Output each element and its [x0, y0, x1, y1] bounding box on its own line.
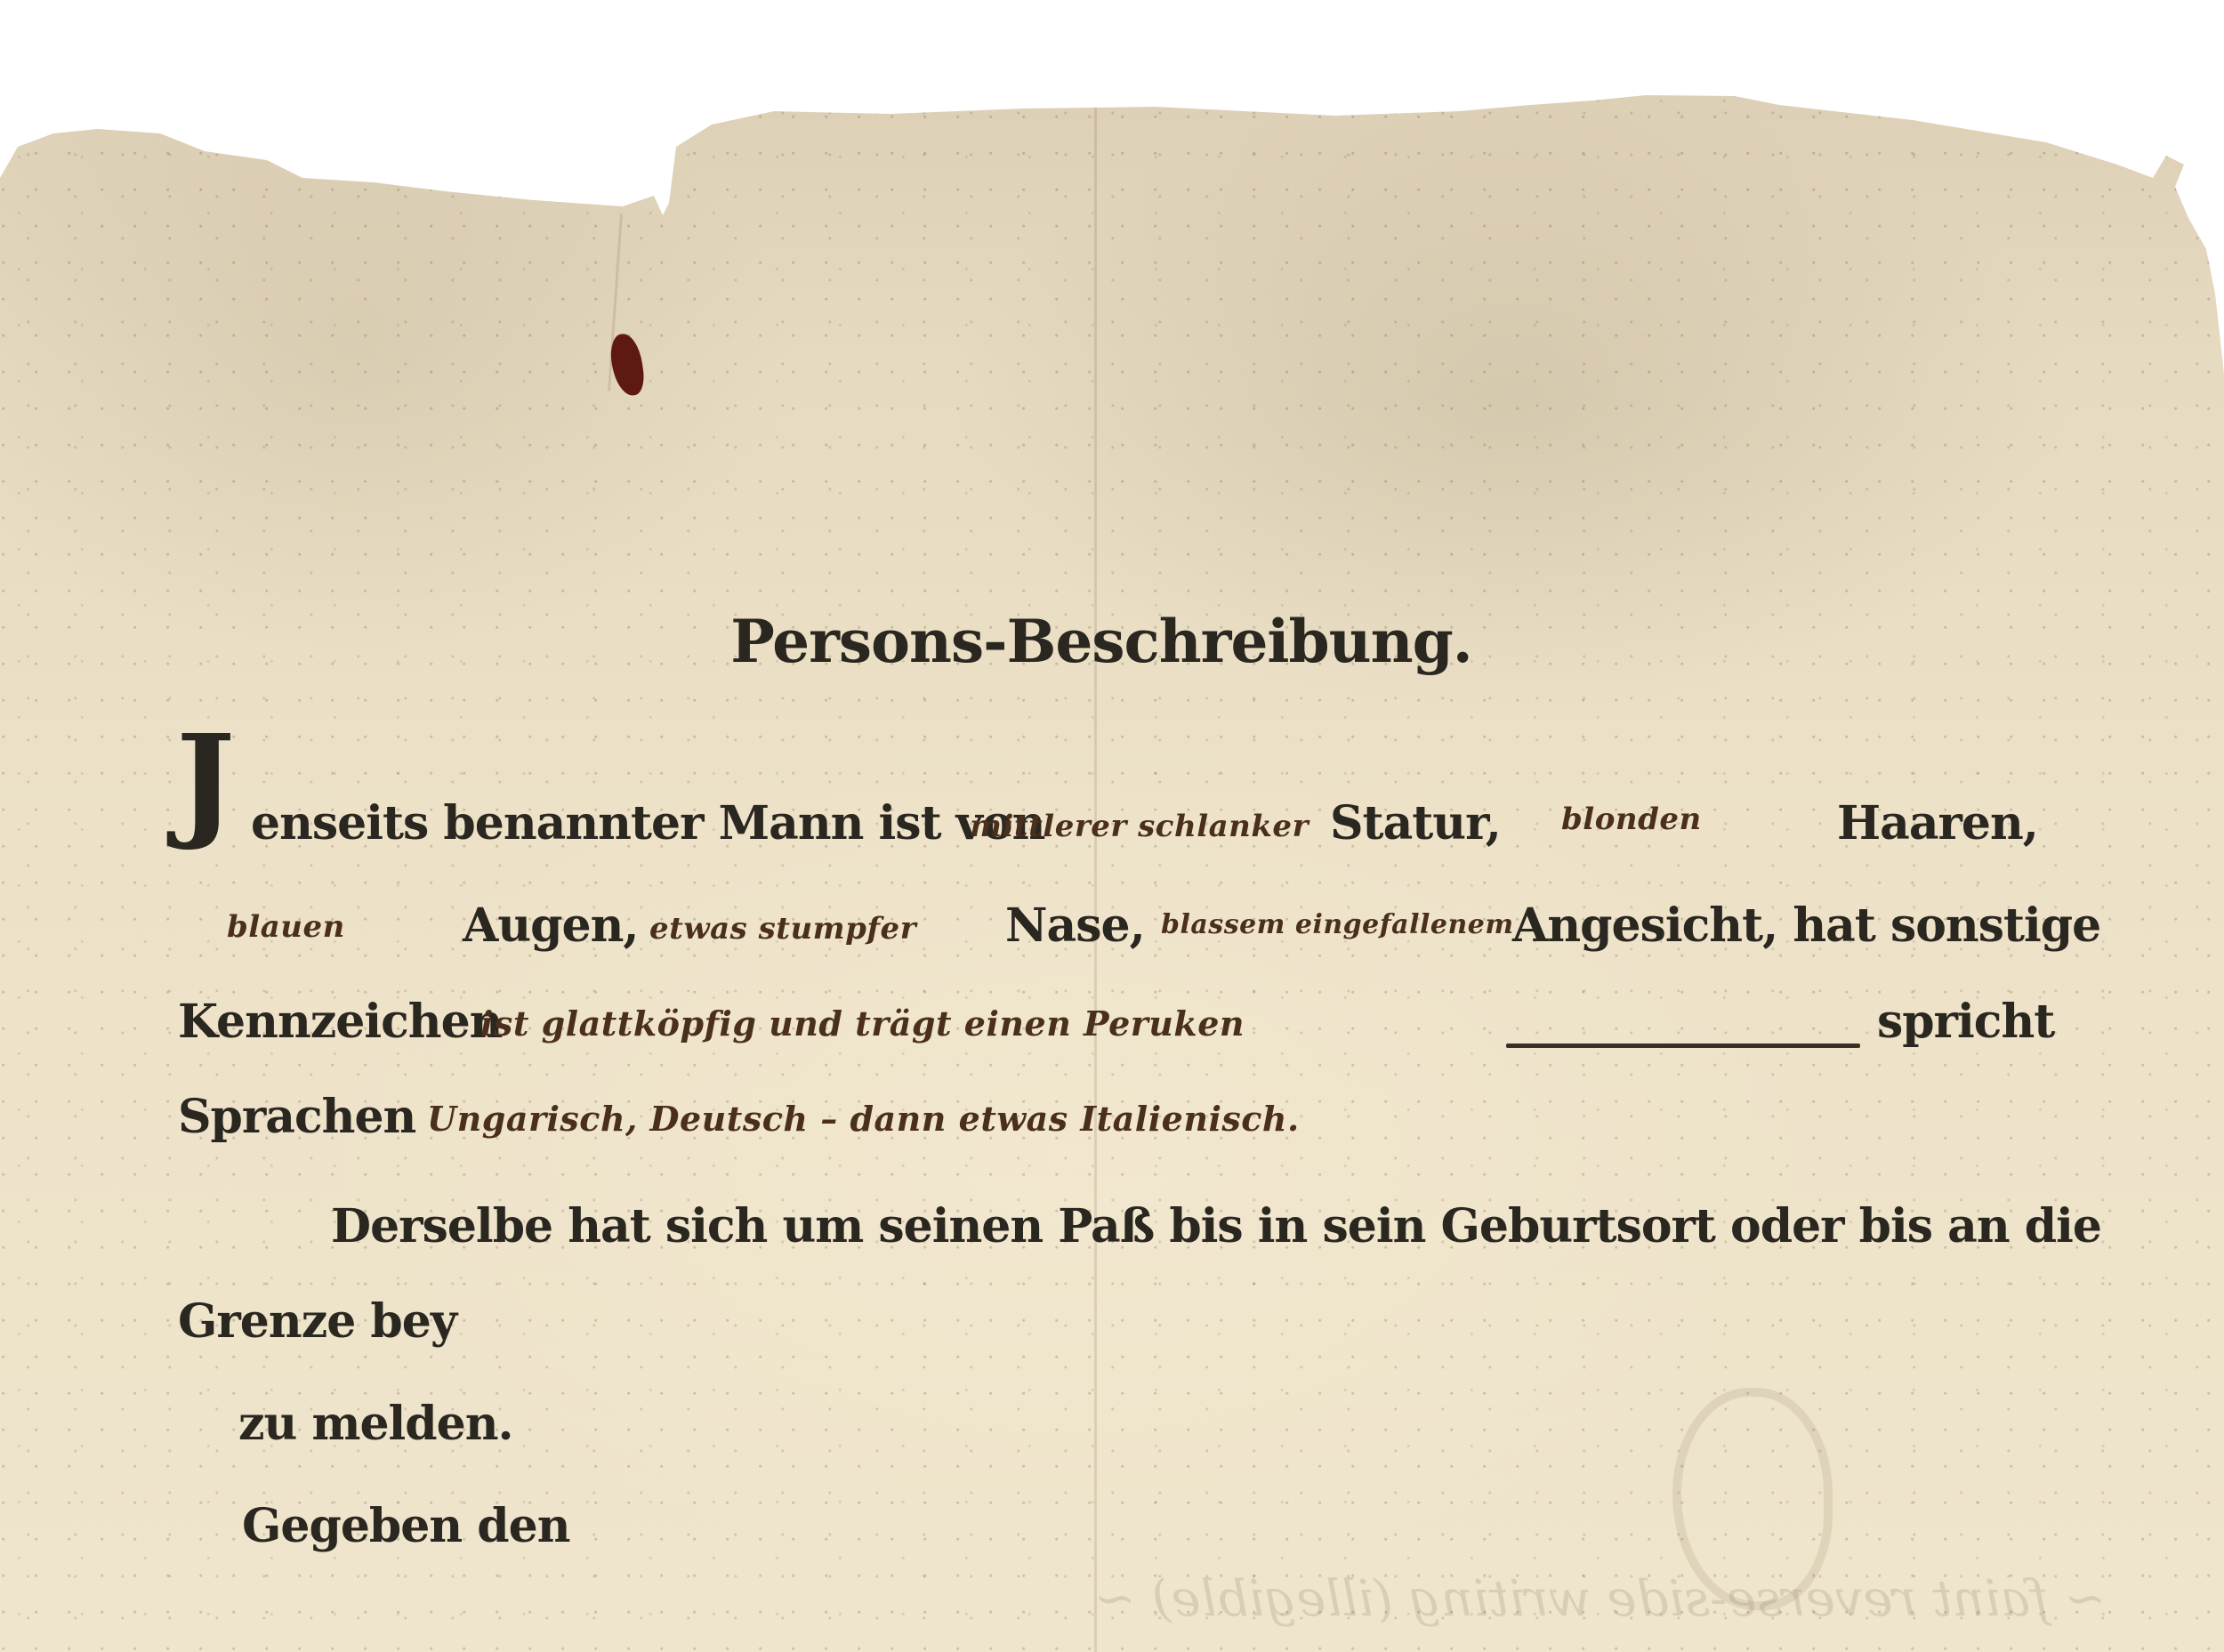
printed-text: Kennzeichen — [178, 995, 502, 1049]
printed-text: Augen, — [463, 899, 639, 953]
paper-crease — [1094, 107, 1097, 1652]
printed-text: zu melden. — [238, 1397, 513, 1451]
printed-text: Derselbe hat sich um seinen Paß bis in s… — [331, 1199, 2101, 1253]
printed-text: Angesicht, hat sonstige — [1512, 899, 2100, 953]
field-stature[interactable]: mittlerer schlanker — [970, 809, 1309, 844]
field-hair[interactable]: blonden — [1561, 802, 1702, 837]
printed-text: Grenze bey — [178, 1294, 456, 1349]
field-distinguishing-marks[interactable]: ist glattköpfig und trägt einen Peruken — [480, 1003, 1245, 1044]
printed-text: Haaren, — [1837, 796, 2038, 850]
field-nose[interactable]: etwas stumpfer — [649, 911, 916, 947]
field-eyes[interactable]: blauen — [227, 909, 345, 945]
drop-cap-letter: J — [176, 719, 234, 843]
printed-text: Statur, — [1330, 796, 1501, 850]
field-face[interactable]: blassem eingefallenem — [1161, 909, 1514, 940]
blank-line-rule — [1506, 1044, 1860, 1048]
page-title: Persons-Beschreibung. — [0, 607, 2213, 676]
red-wax-stain — [608, 332, 646, 398]
printed-text: spricht — [1877, 995, 2054, 1049]
field-languages[interactable]: Ungarisch, Deutsch – dann etwas Italieni… — [427, 1099, 1300, 1139]
printed-text: Gegeben den — [242, 1499, 570, 1553]
bleed-through-text: ~ faint reverse-side writing (illegible)… — [1094, 1570, 2107, 1628]
printed-text: enseits benannter Mann ist von — [251, 796, 1044, 850]
printed-text: Nase, — [1005, 899, 1145, 953]
paper-sheet: ~ faint reverse-side writing (illegible)… — [0, 0, 2224, 1652]
printed-text: Sprachen — [178, 1090, 415, 1144]
